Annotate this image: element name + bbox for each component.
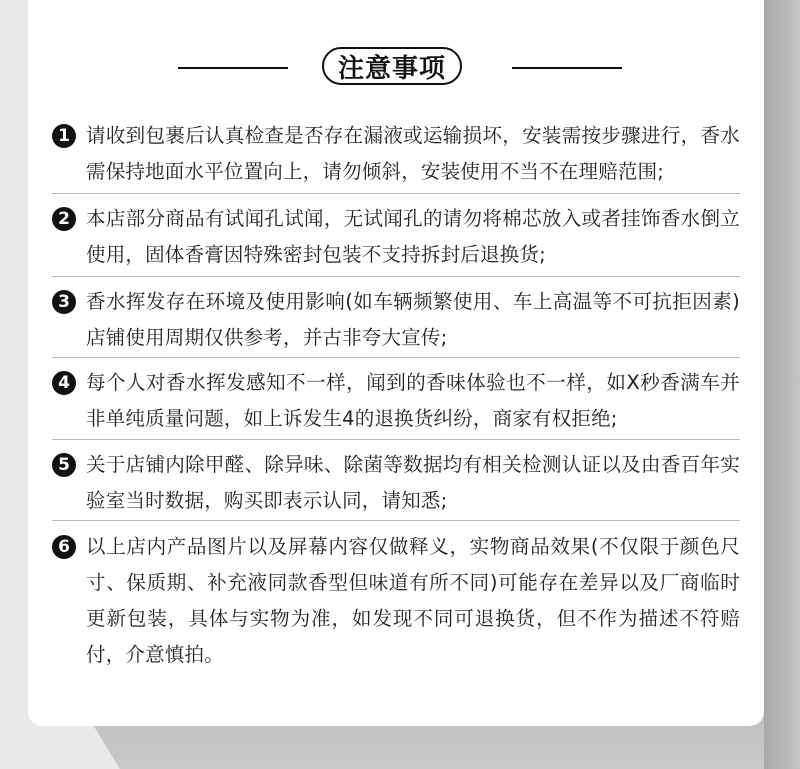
notice-item-text: 本店部分商品有试闻孔试闻，无试闻孔的请勿将棉芯放入或者挂饰香水倒立使用，固体香膏… bbox=[86, 201, 740, 273]
number-badge-icon: 1 bbox=[52, 124, 76, 148]
notice-item: 1 请收到包裹后认真检查是否存在漏液或运输损坏，安装需按步骤进行，香水需保持地面… bbox=[52, 118, 740, 194]
notice-item-text: 每个人对香水挥发感知不一样，闻到的香味体验也不一样，如X秒香满车并非单纯质量问题… bbox=[86, 365, 740, 437]
notice-item-text: 以上店内产品图片以及屏幕内容仅做释义，实物商品效果(不仅限于颜色尺寸、保质期、补… bbox=[86, 529, 740, 673]
number-badge-icon: 2 bbox=[52, 207, 76, 231]
number-badge-icon: 6 bbox=[52, 535, 76, 559]
notice-title: 注意事项 bbox=[322, 47, 462, 85]
notice-list: 1 请收到包裹后认真检查是否存在漏液或运输损坏，安装需按步骤进行，香水需保持地面… bbox=[52, 118, 740, 673]
title-divider-left bbox=[178, 67, 288, 69]
notice-item: 3 香水挥发存在环境及使用影响(如车辆频繁使用、车上高温等不可抗拒因素)店铺使用… bbox=[52, 277, 740, 358]
notice-item-text: 关于店铺内除甲醛、除异味、除菌等数据均有相关检测认证以及由香百年实验室当时数据，… bbox=[86, 447, 740, 519]
notice-item: 2 本店部分商品有试闻孔试闻，无试闻孔的请勿将棉芯放入或者挂饰香水倒立使用，固体… bbox=[52, 194, 740, 277]
title-row: 注意事项 bbox=[28, 46, 764, 90]
notice-item: 6 以上店内产品图片以及屏幕内容仅做释义，实物商品效果(不仅限于颜色尺寸、保质期… bbox=[52, 521, 740, 673]
title-divider-right bbox=[512, 67, 622, 69]
number-badge-icon: 4 bbox=[52, 371, 76, 395]
notice-item-text: 香水挥发存在环境及使用影响(如车辆频繁使用、车上高温等不可抗拒因素)店铺使用周期… bbox=[86, 284, 740, 356]
card-shadow-right bbox=[764, 0, 800, 769]
number-badge-icon: 5 bbox=[52, 453, 76, 477]
notice-item: 5 关于店铺内除甲醛、除异味、除菌等数据均有相关检测认证以及由香百年实验室当时数… bbox=[52, 440, 740, 521]
number-badge-icon: 3 bbox=[52, 290, 76, 314]
notice-card: 注意事项 1 请收到包裹后认真检查是否存在漏液或运输损坏，安装需按步骤进行，香水… bbox=[28, 0, 764, 726]
notice-item-text: 请收到包裹后认真检查是否存在漏液或运输损坏，安装需按步骤进行，香水需保持地面水平… bbox=[86, 118, 740, 190]
notice-item: 4 每个人对香水挥发感知不一样，闻到的香味体验也不一样，如X秒香满车并非单纯质量… bbox=[52, 358, 740, 440]
